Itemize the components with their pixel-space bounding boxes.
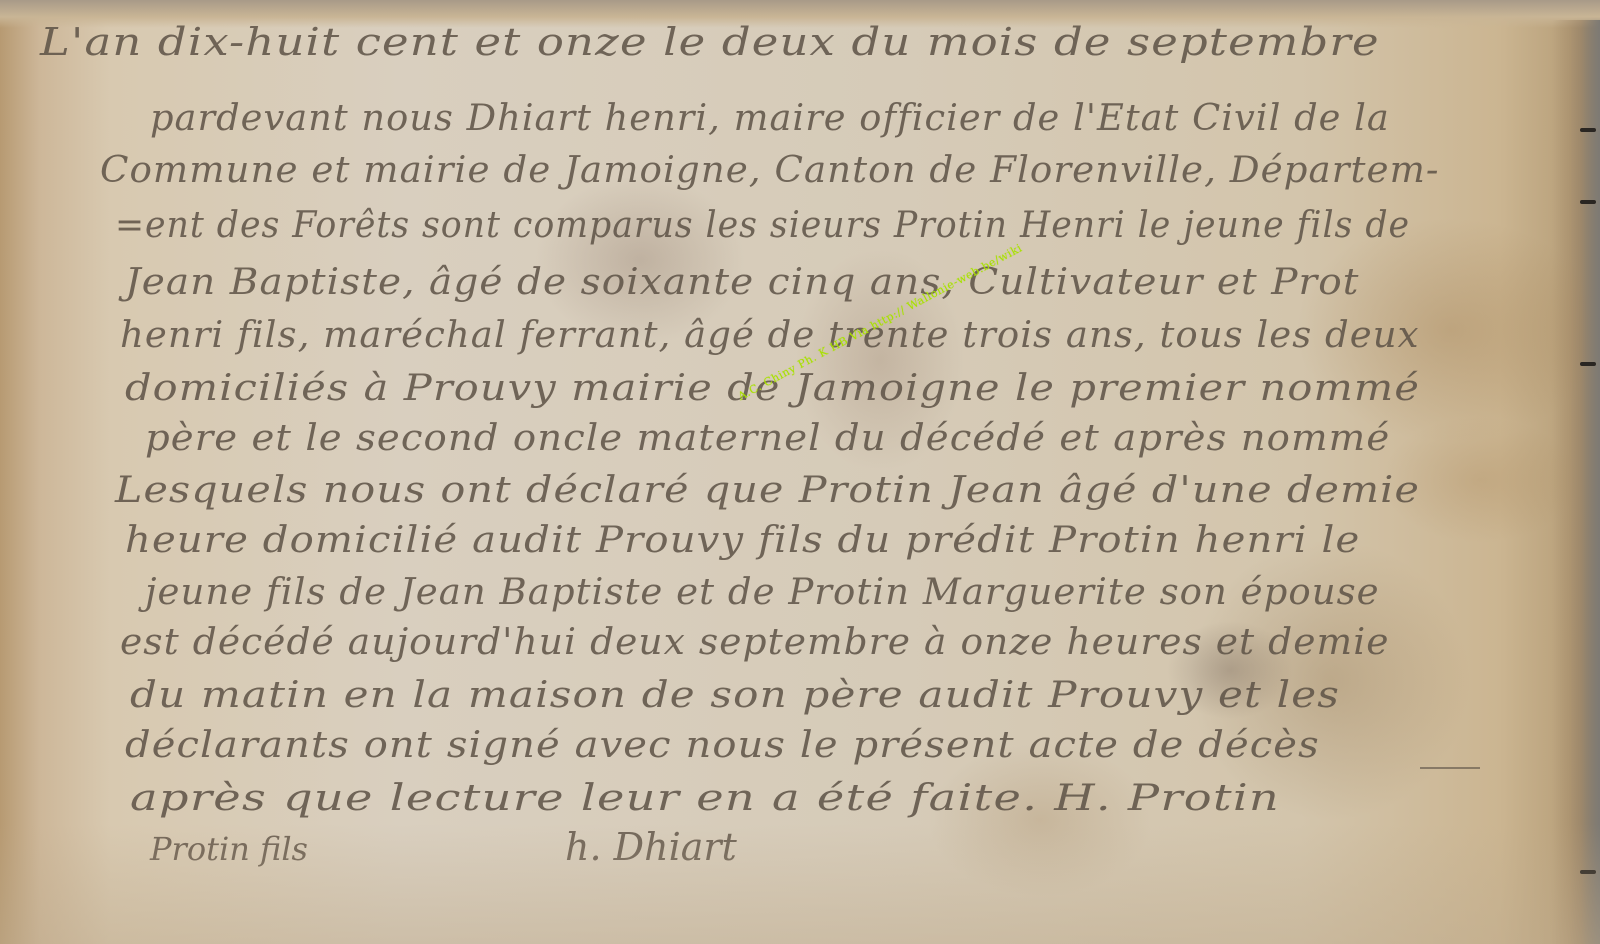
record-line-2: pardevant nous Dhiart henri, maire offic… (150, 98, 1390, 139)
record-line-5-text: Jean Baptiste, âgé de soixante cinq ans,… (125, 262, 1360, 303)
record-line-6: henri fils, maréchal ferrant, âgé de tre… (120, 315, 1420, 356)
record-line-12-text: est décédé aujourd'hui deux septembre à … (120, 622, 1390, 663)
page-binding-edge (1552, 20, 1600, 944)
binding-stitch (1580, 128, 1596, 132)
record-line-3-text: Commune et mairie de Jamoigne, Canton de… (100, 150, 1439, 191)
signature-left-text: Protin fils (150, 830, 308, 868)
record-line-11-text: jeune fils de Jean Baptiste et de Protin… (145, 572, 1380, 613)
document-photo: L'an dix-huit cent et onze le deux du mo… (0, 0, 1600, 944)
record-line-4: =ent des Forêts sont comparus les sieurs… (115, 205, 1410, 246)
binding-stitch (1580, 362, 1596, 366)
record-line-15-text: après que lecture leur en a été faite. H… (130, 778, 1280, 819)
signature-mayor: h. Dhiart (565, 825, 737, 869)
record-line-12: est décédé aujourd'hui deux septembre à … (120, 622, 1390, 663)
record-line-14: déclarants ont signé avec nous le présen… (125, 725, 1320, 766)
record-line-1: L'an dix-huit cent et onze le deux du mo… (40, 20, 1380, 64)
record-line-4-text: =ent des Forêts sont comparus les sieurs… (115, 205, 1410, 246)
record-line-13-text: du matin en la maison de son père audit … (130, 675, 1340, 716)
binding-stitch (1580, 200, 1596, 204)
record-line-15: après que lecture leur en a été faite. H… (130, 778, 1280, 819)
signature-mayor-text: h. Dhiart (565, 825, 737, 869)
record-line-11: jeune fils de Jean Baptiste et de Protin… (145, 572, 1380, 613)
binding-stitch (1580, 870, 1596, 874)
record-line-5: Jean Baptiste, âgé de soixante cinq ans,… (125, 262, 1360, 303)
record-line-1-text: L'an dix-huit cent et onze le deux du mo… (40, 20, 1380, 64)
record-line-14-text: déclarants ont signé avec nous le présen… (125, 725, 1320, 766)
signature-left: Protin fils (150, 830, 308, 868)
record-line-2-text: pardevant nous Dhiart henri, maire offic… (150, 98, 1390, 139)
record-line-8: père et le second oncle maternel du décé… (145, 418, 1390, 459)
ink-dash (1420, 767, 1480, 769)
record-line-13: du matin en la maison de son père audit … (130, 675, 1340, 716)
record-line-9: Lesquels nous ont déclaré que Protin Jea… (115, 470, 1420, 511)
record-line-6-text: henri fils, maréchal ferrant, âgé de tre… (120, 315, 1420, 356)
record-line-10-text: heure domicilié audit Prouvy fils du pré… (125, 520, 1360, 561)
record-line-3: Commune et mairie de Jamoigne, Canton de… (100, 150, 1439, 191)
record-line-9-text: Lesquels nous ont déclaré que Protin Jea… (115, 470, 1420, 511)
record-line-8-text: père et le second oncle maternel du décé… (145, 418, 1390, 459)
record-line-10: heure domicilié audit Prouvy fils du pré… (125, 520, 1360, 561)
